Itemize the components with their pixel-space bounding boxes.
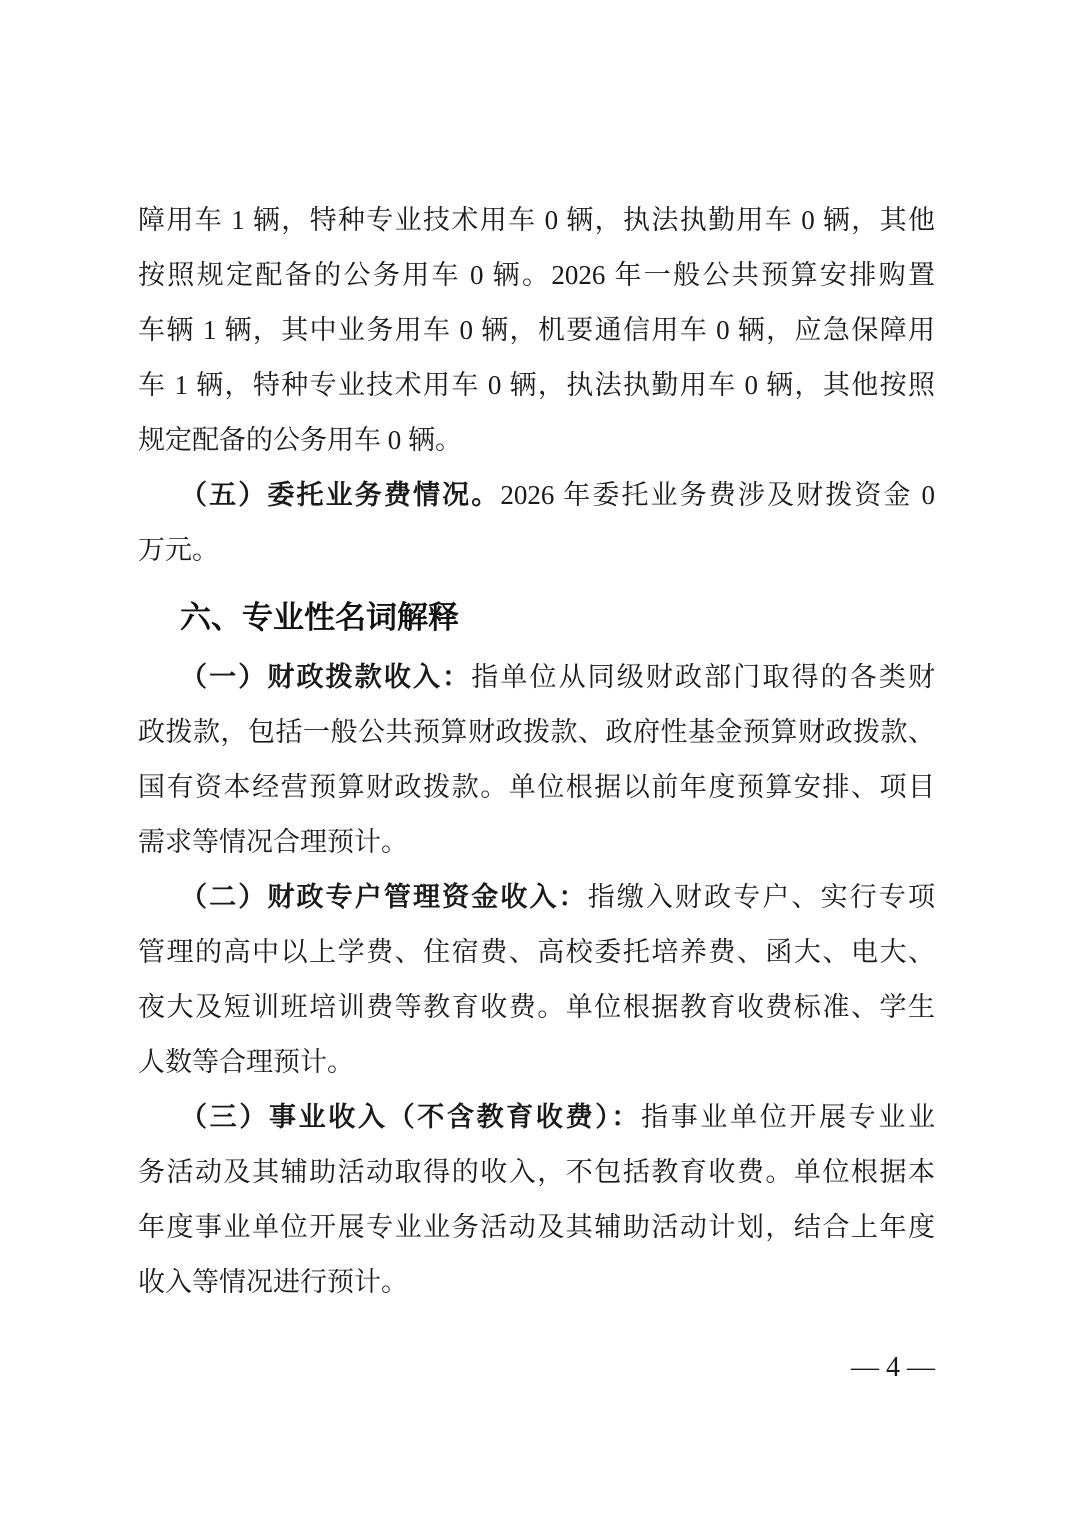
paragraph-text: 指缴入财政专户、实行专项 — [588, 882, 935, 912]
paragraph-text: 指事业单位开展专业业 — [641, 1102, 935, 1132]
paragraph-lead: （五）委托业务费情况。 — [180, 480, 500, 510]
paragraph-lead: （三）事业收入（不含教育收费）： — [180, 1102, 641, 1132]
paragraph-line: 规定配备的公务用车 0 辆。 — [138, 413, 935, 468]
paragraph-line: 车辆 1 辆，其中业务用车 0 辆，机要通信用车 0 辆，应急保障用 — [138, 303, 935, 358]
paragraph-line: 国有资本经营预算财政拨款。单位根据以前年度预算安排、项目 — [138, 760, 935, 815]
paragraph-line: 需求等情况合理预计。 — [138, 815, 935, 870]
document-body: 障用车 1 辆，特种专业技术用车 0 辆，执法执勤用车 0 辆，其他 按照规定配… — [138, 193, 935, 1310]
document-page: 障用车 1 辆，特种专业技术用车 0 辆，执法执勤用车 0 辆，其他 按照规定配… — [0, 0, 1074, 1520]
paragraph-line: 管理的高中以上学费、住宿费、高校委托培养费、函大、电大、 — [138, 925, 935, 980]
paragraph-line: （三）事业收入（不含教育收费）：指事业单位开展专业业 — [138, 1090, 935, 1145]
page-number: — 4 — — [851, 1352, 935, 1384]
section-heading: 六、专业性名词解释 — [138, 590, 935, 647]
paragraph-line: 收入等情况进行预计。 — [138, 1255, 935, 1310]
paragraph-line: （一）财政拨款收入：指单位从同级财政部门取得的各类财 — [138, 650, 935, 705]
paragraph-line: 政拨款，包括一般公共预算财政拨款、政府性基金预算财政拨款、 — [138, 705, 935, 760]
paragraph-line: 车 1 辆，特种专业技术用车 0 辆，执法执勤用车 0 辆，其他按照 — [138, 358, 935, 413]
paragraph-lead: （一）财政拨款收入： — [180, 662, 471, 692]
paragraph-line: 人数等合理预计。 — [138, 1035, 935, 1090]
paragraph-line: 障用车 1 辆，特种专业技术用车 0 辆，执法执勤用车 0 辆，其他 — [138, 193, 935, 248]
paragraph-lead: （二）财政专户管理资金收入： — [180, 882, 588, 912]
paragraph-line: 务活动及其辅助活动取得的收入，不包括教育收费。单位根据本 — [138, 1145, 935, 1200]
paragraph-line: 年度事业单位开展专业业务活动及其辅助活动计划，结合上年度 — [138, 1200, 935, 1255]
paragraph-line: （二）财政专户管理资金收入：指缴入财政专户、实行专项 — [138, 870, 935, 925]
paragraph-line: 按照规定配备的公务用车 0 辆。2026 年一般公共预算安排购置 — [138, 248, 935, 303]
paragraph-line: 夜大及短训班培训费等教育收费。单位根据教育收费标准、学生 — [138, 980, 935, 1035]
paragraph-line: 万元。 — [138, 523, 935, 578]
paragraph-line: （五）委托业务费情况。2026 年委托业务费涉及财拨资金 0 — [138, 468, 935, 523]
paragraph-text: 2026 年委托业务费涉及财拨资金 0 — [500, 480, 935, 510]
paragraph-text: 指单位从同级财政部门取得的各类财 — [471, 662, 935, 692]
